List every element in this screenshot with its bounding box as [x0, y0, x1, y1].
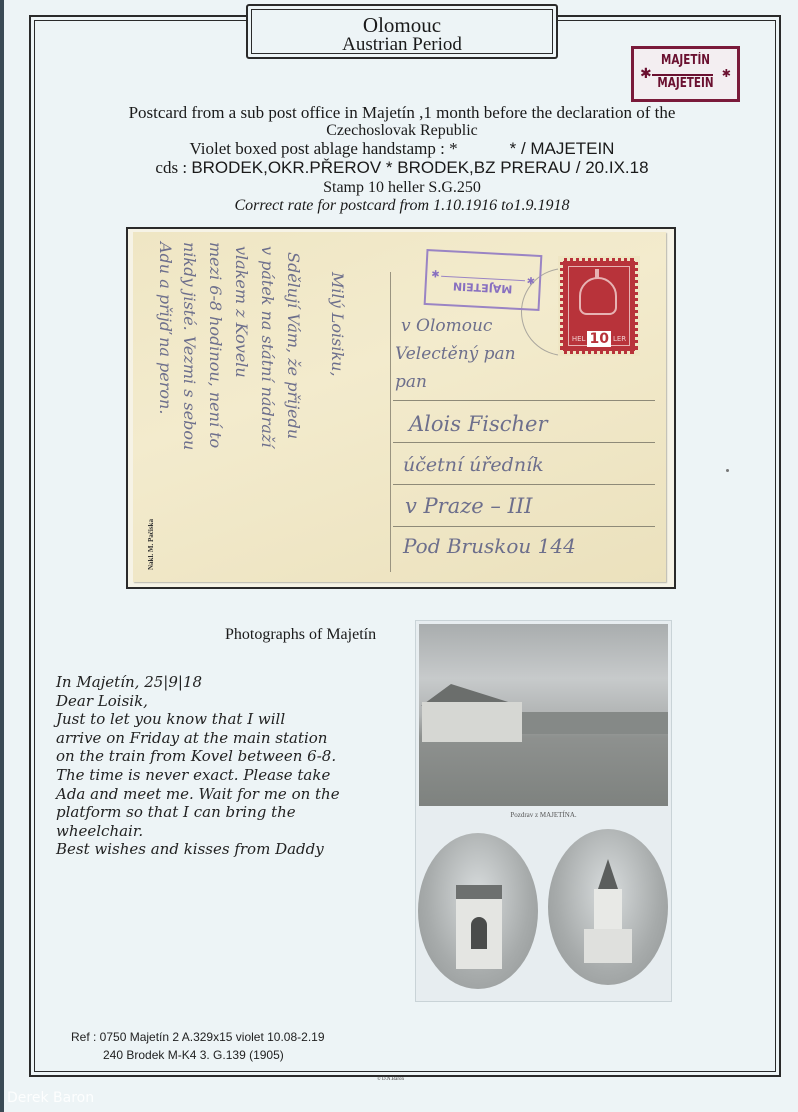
- reference-line-1: Ref : 0750 Majetín 2 A.329x15 violet 10.…: [71, 1030, 325, 1044]
- handstamp-suffix: * / MAJETEIN: [510, 139, 615, 158]
- postage-stamp: HEL10LER: [560, 258, 638, 354]
- house: [422, 702, 522, 742]
- village-photo: [419, 624, 668, 806]
- description-line-2: Czechoslovak Republic: [40, 122, 764, 140]
- watermark: Derek Baron: [7, 1090, 94, 1106]
- letter-line: Ada and meet me. Wait for me on the: [56, 785, 406, 804]
- address-rule: [393, 526, 655, 527]
- letter-line: Best wishes and kisses from Daddy: [56, 840, 406, 859]
- letter-line: The time is never exact. Please take: [56, 766, 406, 785]
- letter-line: platform so that I can bring the: [56, 803, 406, 822]
- cachet-line2: MAJETEIN: [644, 76, 726, 91]
- address-line: v Olomouc: [401, 316, 492, 336]
- photo-caption: Pozdrav z MAJETÍNA.: [416, 811, 671, 819]
- address-rule: [393, 484, 655, 485]
- letter-line: wheelchair.: [56, 822, 406, 841]
- letter-line: In Majetín, 25|9|18: [56, 673, 406, 692]
- page-edge: [0, 0, 4, 1112]
- village-houses: [519, 712, 668, 734]
- message-line: vlakem z Kovelu: [232, 246, 251, 378]
- chapel: [456, 885, 502, 969]
- page-title: Olomouc: [252, 15, 552, 35]
- message-line: Milý Loisiku,: [328, 272, 347, 377]
- address-line: Pod Bruskou 144: [403, 534, 576, 558]
- message-line: v pátek na státní nádraží: [258, 246, 277, 447]
- copyright: © D.N.Baron: [377, 1077, 404, 1082]
- letter-line: on the train from Kovel between 6-8.: [56, 747, 406, 766]
- chapel-door: [471, 917, 487, 949]
- address-line: účetní úředník: [403, 454, 544, 476]
- address-line: Velectěný pan: [395, 344, 516, 364]
- address-line: Alois Fischer: [409, 412, 548, 436]
- cachet-line1: MAJETÍN: [644, 53, 726, 68]
- letter-line: Just to let you know that I will: [56, 710, 406, 729]
- message-line: nikdy jisté. Vezmi s sebou: [180, 242, 199, 450]
- description-line-6: Correct rate for postcard from 1.10.1916…: [40, 197, 764, 215]
- church: [594, 889, 622, 959]
- description-line-5: Stamp 10 heller S.G.250: [40, 179, 764, 197]
- paper-speck: [726, 469, 729, 472]
- church-nave: [584, 929, 632, 963]
- page-subtitle: Austrian Period: [252, 35, 552, 55]
- postcard-divider: [390, 272, 391, 572]
- reference-line-2: 240 Brodek M-K4 3. G.139 (1905): [103, 1048, 284, 1062]
- cds-label: cds :: [155, 158, 191, 177]
- message-line: mezi 6-8 hodinou, není to: [206, 242, 225, 448]
- boxed-handstamp: ✱ ✱ MAJETEIN: [424, 249, 543, 311]
- letter-line: Dear Loisik,: [56, 692, 406, 711]
- address-line: pan: [395, 372, 427, 392]
- photo-postcard: Pozdrav z MAJETÍNA.: [416, 621, 671, 1001]
- letter-line: arrive on Friday at the main station: [56, 729, 406, 748]
- message-line: Sdělují Vám, že přijedu: [284, 252, 303, 439]
- address-line: v Praze – III: [405, 494, 532, 518]
- photos-heading: Photographs of Majetín: [225, 626, 376, 644]
- description-line-3: Violet boxed post ablage handstamp : ** …: [40, 140, 764, 158]
- title-box: Olomouc Austrian Period: [246, 4, 558, 59]
- address-rule: [393, 442, 655, 443]
- church-spire: [598, 859, 618, 889]
- publisher-imprint: Nakl. M. Pačiska: [147, 519, 155, 570]
- church-photo: [548, 829, 668, 985]
- crown-icon: [579, 277, 617, 315]
- letter-transcription: In Majetín, 25|9|18 Dear Loisik, Just to…: [56, 673, 406, 859]
- chapel-photo: [418, 833, 538, 989]
- description-line-1: Postcard from a sub post office in Majet…: [40, 104, 764, 122]
- cds-text: BRODEK,OKR.PŘEROV * BRODEK,BZ PRERAU / 2…: [191, 158, 648, 177]
- postcard: Adu a přijď na peron. nikdy jisté. Vezmi…: [133, 232, 666, 582]
- description-line-4: cds : BRODEK,OKR.PŘEROV * BRODEK,BZ PRER…: [40, 159, 764, 177]
- message-line: Adu a přijď na peron.: [156, 242, 175, 414]
- stamp-value: HEL10LER: [563, 331, 635, 347]
- cachet-sample: MAJETÍN ✱ ✱ MAJETEIN: [631, 46, 740, 102]
- handstamp-prefix: Violet boxed post ablage handstamp : *: [190, 139, 458, 158]
- address-rule: [393, 400, 655, 401]
